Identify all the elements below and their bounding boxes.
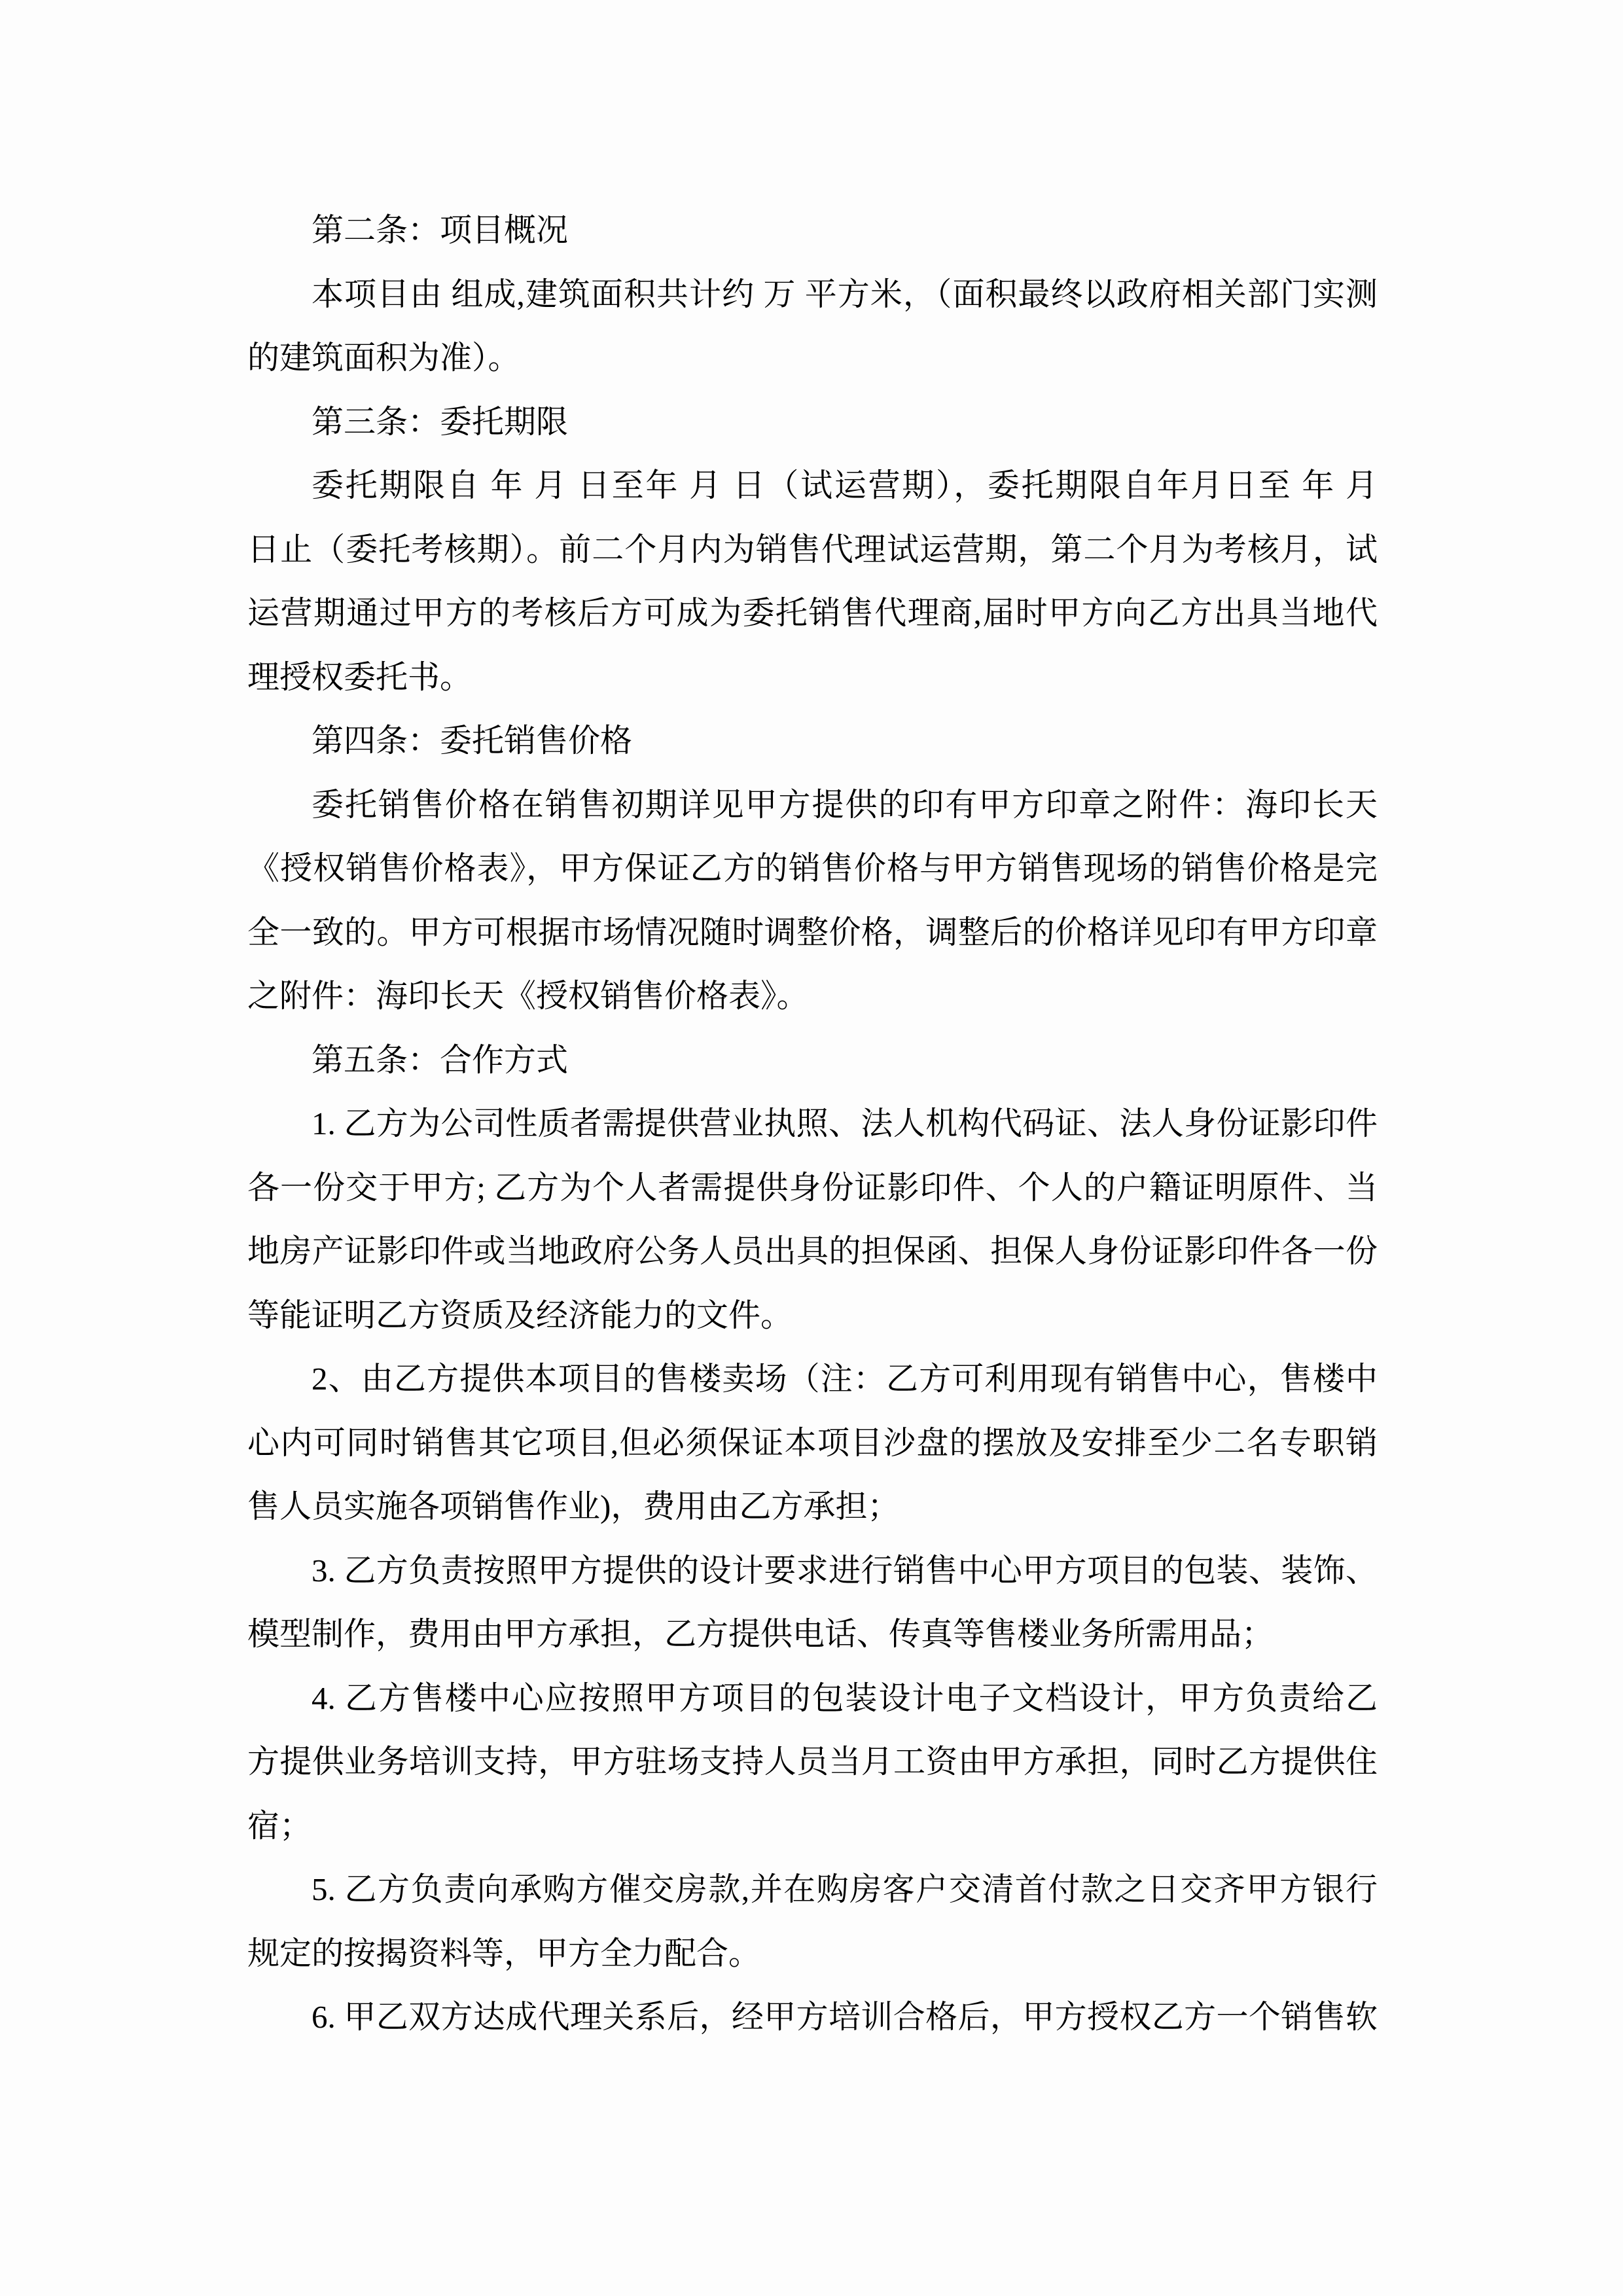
- document-body: 第二条：项目概况本项目由 组成,建筑面积共计约 万 平方米，（面积最终以政府相关…: [247, 198, 1378, 2049]
- text-line: 本项目由 组成,建筑面积共计约 万 平方米，（面积最终以政府相关部门实测: [247, 262, 1378, 327]
- text-line: 第五条：合作方式: [247, 1028, 1378, 1092]
- text-line: 委托期限自 年 月 日至年 月 日（试运营期），委托期限自年月日至 年 月: [247, 454, 1378, 518]
- text-line: 第三条：委托期限: [247, 390, 1378, 454]
- text-line: 售人员实施各项销售作业)，费用由乙方承担；: [247, 1475, 1378, 1539]
- text-line: 日止（委托考核期）。前二个月内为销售代理试运营期，第二个月为考核月，试: [247, 518, 1378, 582]
- text-line: 之附件：海印长天《授权销售价格表》。: [247, 964, 1378, 1028]
- text-line: 3. 乙方负责按照甲方提供的设计要求进行销售中心甲方项目的包装、装饰、: [247, 1539, 1378, 1603]
- text-line: 6. 甲乙双方达成代理关系后，经甲方培训合格后，甲方授权乙方一个销售软: [247, 1985, 1378, 2049]
- text-line: 宿；: [247, 1794, 1378, 1858]
- text-line: 第二条：项目概况: [247, 198, 1378, 262]
- text-line: 运营期通过甲方的考核后方可成为委托销售代理商,届时甲方向乙方出具当地代: [247, 581, 1378, 645]
- text-line: 理授权委托书。: [247, 645, 1378, 709]
- text-line: 4. 乙方售楼中心应按照甲方项目的包装设计电子文档设计，甲方负责给乙: [247, 1666, 1378, 1731]
- text-line: 5. 乙方负责向承购方催交房款,并在购房客户交清首付款之日交齐甲方银行: [247, 1857, 1378, 1922]
- text-line: 模型制作，费用由甲方承担，乙方提供电话、传真等售楼业务所需用品；: [247, 1602, 1378, 1666]
- text-line: 全一致的。甲方可根据市场情况随时调整价格，调整后的价格详见印有甲方印章: [247, 901, 1378, 965]
- document-page: 第二条：项目概况本项目由 组成,建筑面积共计约 万 平方米，（面积最终以政府相关…: [0, 0, 1623, 2296]
- text-line: 1. 乙方为公司性质者需提供营业执照、法人机构代码证、法人身份证影印件: [247, 1092, 1378, 1156]
- text-line: 方提供业务培训支持，甲方驻场支持人员当月工资由甲方承担，同时乙方提供住: [247, 1730, 1378, 1794]
- text-line: 第四条：委托销售价格: [247, 709, 1378, 773]
- text-line: 地房产证影印件或当地政府公务人员出具的担保函、担保人身份证影印件各一份: [247, 1219, 1378, 1283]
- text-line: 2、由乙方提供本项目的售楼卖场（注：乙方可利用现有销售中心，售楼中: [247, 1347, 1378, 1411]
- text-line: 心内可同时销售其它项目,但必须保证本项目沙盘的摆放及安排至少二名专职销: [247, 1411, 1378, 1475]
- text-line: 等能证明乙方资质及经济能力的文件。: [247, 1283, 1378, 1348]
- text-line: 的建筑面积为准）。: [247, 326, 1378, 390]
- text-line: 各一份交于甲方; 乙方为个人者需提供身份证影印件、个人的户籍证明原件、当: [247, 1156, 1378, 1220]
- text-line: 规定的按揭资料等，甲方全力配合。: [247, 1922, 1378, 1986]
- text-line: 《授权销售价格表》，甲方保证乙方的销售价格与甲方销售现场的销售价格是完: [247, 836, 1378, 901]
- text-line: 委托销售价格在销售初期详见甲方提供的印有甲方印章之附件：海印长天: [247, 773, 1378, 837]
